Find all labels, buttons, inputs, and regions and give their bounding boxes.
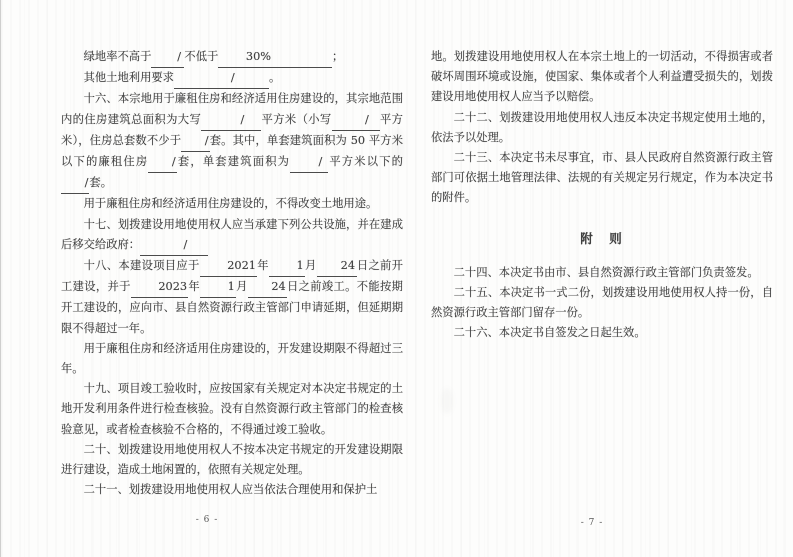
fill-in-blank: 24 xyxy=(317,256,357,277)
scanned-document: 绿地率不高于/不低于30% ； 其他土地利用要求/。 十六、本宗地用于廉租住房和… xyxy=(0,0,793,557)
scan-smudge xyxy=(441,388,453,414)
page-6: 绿地率不高于/不低于30% ； 其他土地利用要求/。 十六、本宗地用于廉租住房和… xyxy=(61,47,403,500)
fill-in-blank: / xyxy=(174,68,269,89)
fill-in-blank: / xyxy=(61,173,89,194)
fill-in-blank: / xyxy=(181,131,209,152)
page-7: 地。划拨建设用地使用权人在本宗土地上的一切活动，不得损害或者破坏周围环境或设施，… xyxy=(431,47,773,344)
clause-other-land-use: 其他土地利用要求/。 xyxy=(61,68,403,89)
clause-21: 二十一、划拨建设用地使用权人应当依法合理使用和保护土 xyxy=(61,480,403,500)
fill-in-blank: / xyxy=(290,152,328,173)
page-number: - 6 - xyxy=(147,515,267,525)
fill-in-blank xyxy=(272,47,332,68)
clause-20: 二十、划拨建设用地使用权人不按本决定书规定的开发建设期限进行建设，造成土地闲置的… xyxy=(61,440,403,480)
fill-in-blank: 1 xyxy=(269,256,305,277)
fill-in-blank: / xyxy=(151,47,184,68)
fill-in-blank: 2023 xyxy=(131,277,188,298)
fill-in-blank: 30% xyxy=(218,47,272,68)
fill-in-blank: 24 xyxy=(248,277,287,298)
appendix-heading: 附 则 xyxy=(431,229,773,249)
clause-17: 十七、划拨建设用地使用权人应当承建下列公共设施，并在建成后移交给政府：/ xyxy=(61,215,403,256)
fill-in-blank: 1 xyxy=(200,277,236,298)
fill-in-blank: / xyxy=(332,110,380,131)
clause-19: 十九、项目竣工验收时，应按国家有关规定对本决定书规定的土地开发利用条件进行检查核… xyxy=(61,379,403,440)
clause-22: 二十二、划拨建设用地使用权人违反本决定书规定使用土地的，依法予以处理。 xyxy=(431,108,773,148)
fill-in-blank: / xyxy=(201,110,261,131)
clause-21-continuation: 地。划拨建设用地使用权人在本宗土地上的一切活动，不得损害或者破坏周围环境或设施，… xyxy=(431,47,773,108)
clause-green-rate: 绿地率不高于/不低于30% ； xyxy=(61,47,403,68)
fill-in-blank: 2021 xyxy=(200,256,257,277)
clause-23: 二十三、本决定书未尽事宜，市、县人民政府自然资源行政主管部门可依据土地管理法律、… xyxy=(431,148,773,209)
clause-16-note: 用于廉租住房和经济适用住房建设的，不得改变土地用途。 xyxy=(61,194,403,214)
fill-in-blank: / xyxy=(148,152,176,173)
clause-16: 十六、本宗地用于廉租住房和经济适用住房建设的，其宗地范围内的住房建筑总面积为大写… xyxy=(61,89,403,194)
clause-18: 十八、本建设项目应于2021年1月24日之前开工建设，并于2023年1月24日之… xyxy=(61,256,403,339)
clause-24: 二十四、本决定书由市、县自然资源行政主管部门负责签发。 xyxy=(431,263,773,283)
fill-in-blank: / xyxy=(140,235,208,256)
page-number: - 7 - xyxy=(532,518,652,528)
clause-26: 二十六、本决定书自签发之日起生效。 xyxy=(431,323,773,343)
clause-25: 二十五、本决定书一式二份，划拨建设用地使用权人持一份，自然资源行政主管部门留存一… xyxy=(431,283,773,323)
clause-18-note: 用于廉租住房和经济适用住房建设的，开发建设期限不得超过三年。 xyxy=(61,339,403,379)
